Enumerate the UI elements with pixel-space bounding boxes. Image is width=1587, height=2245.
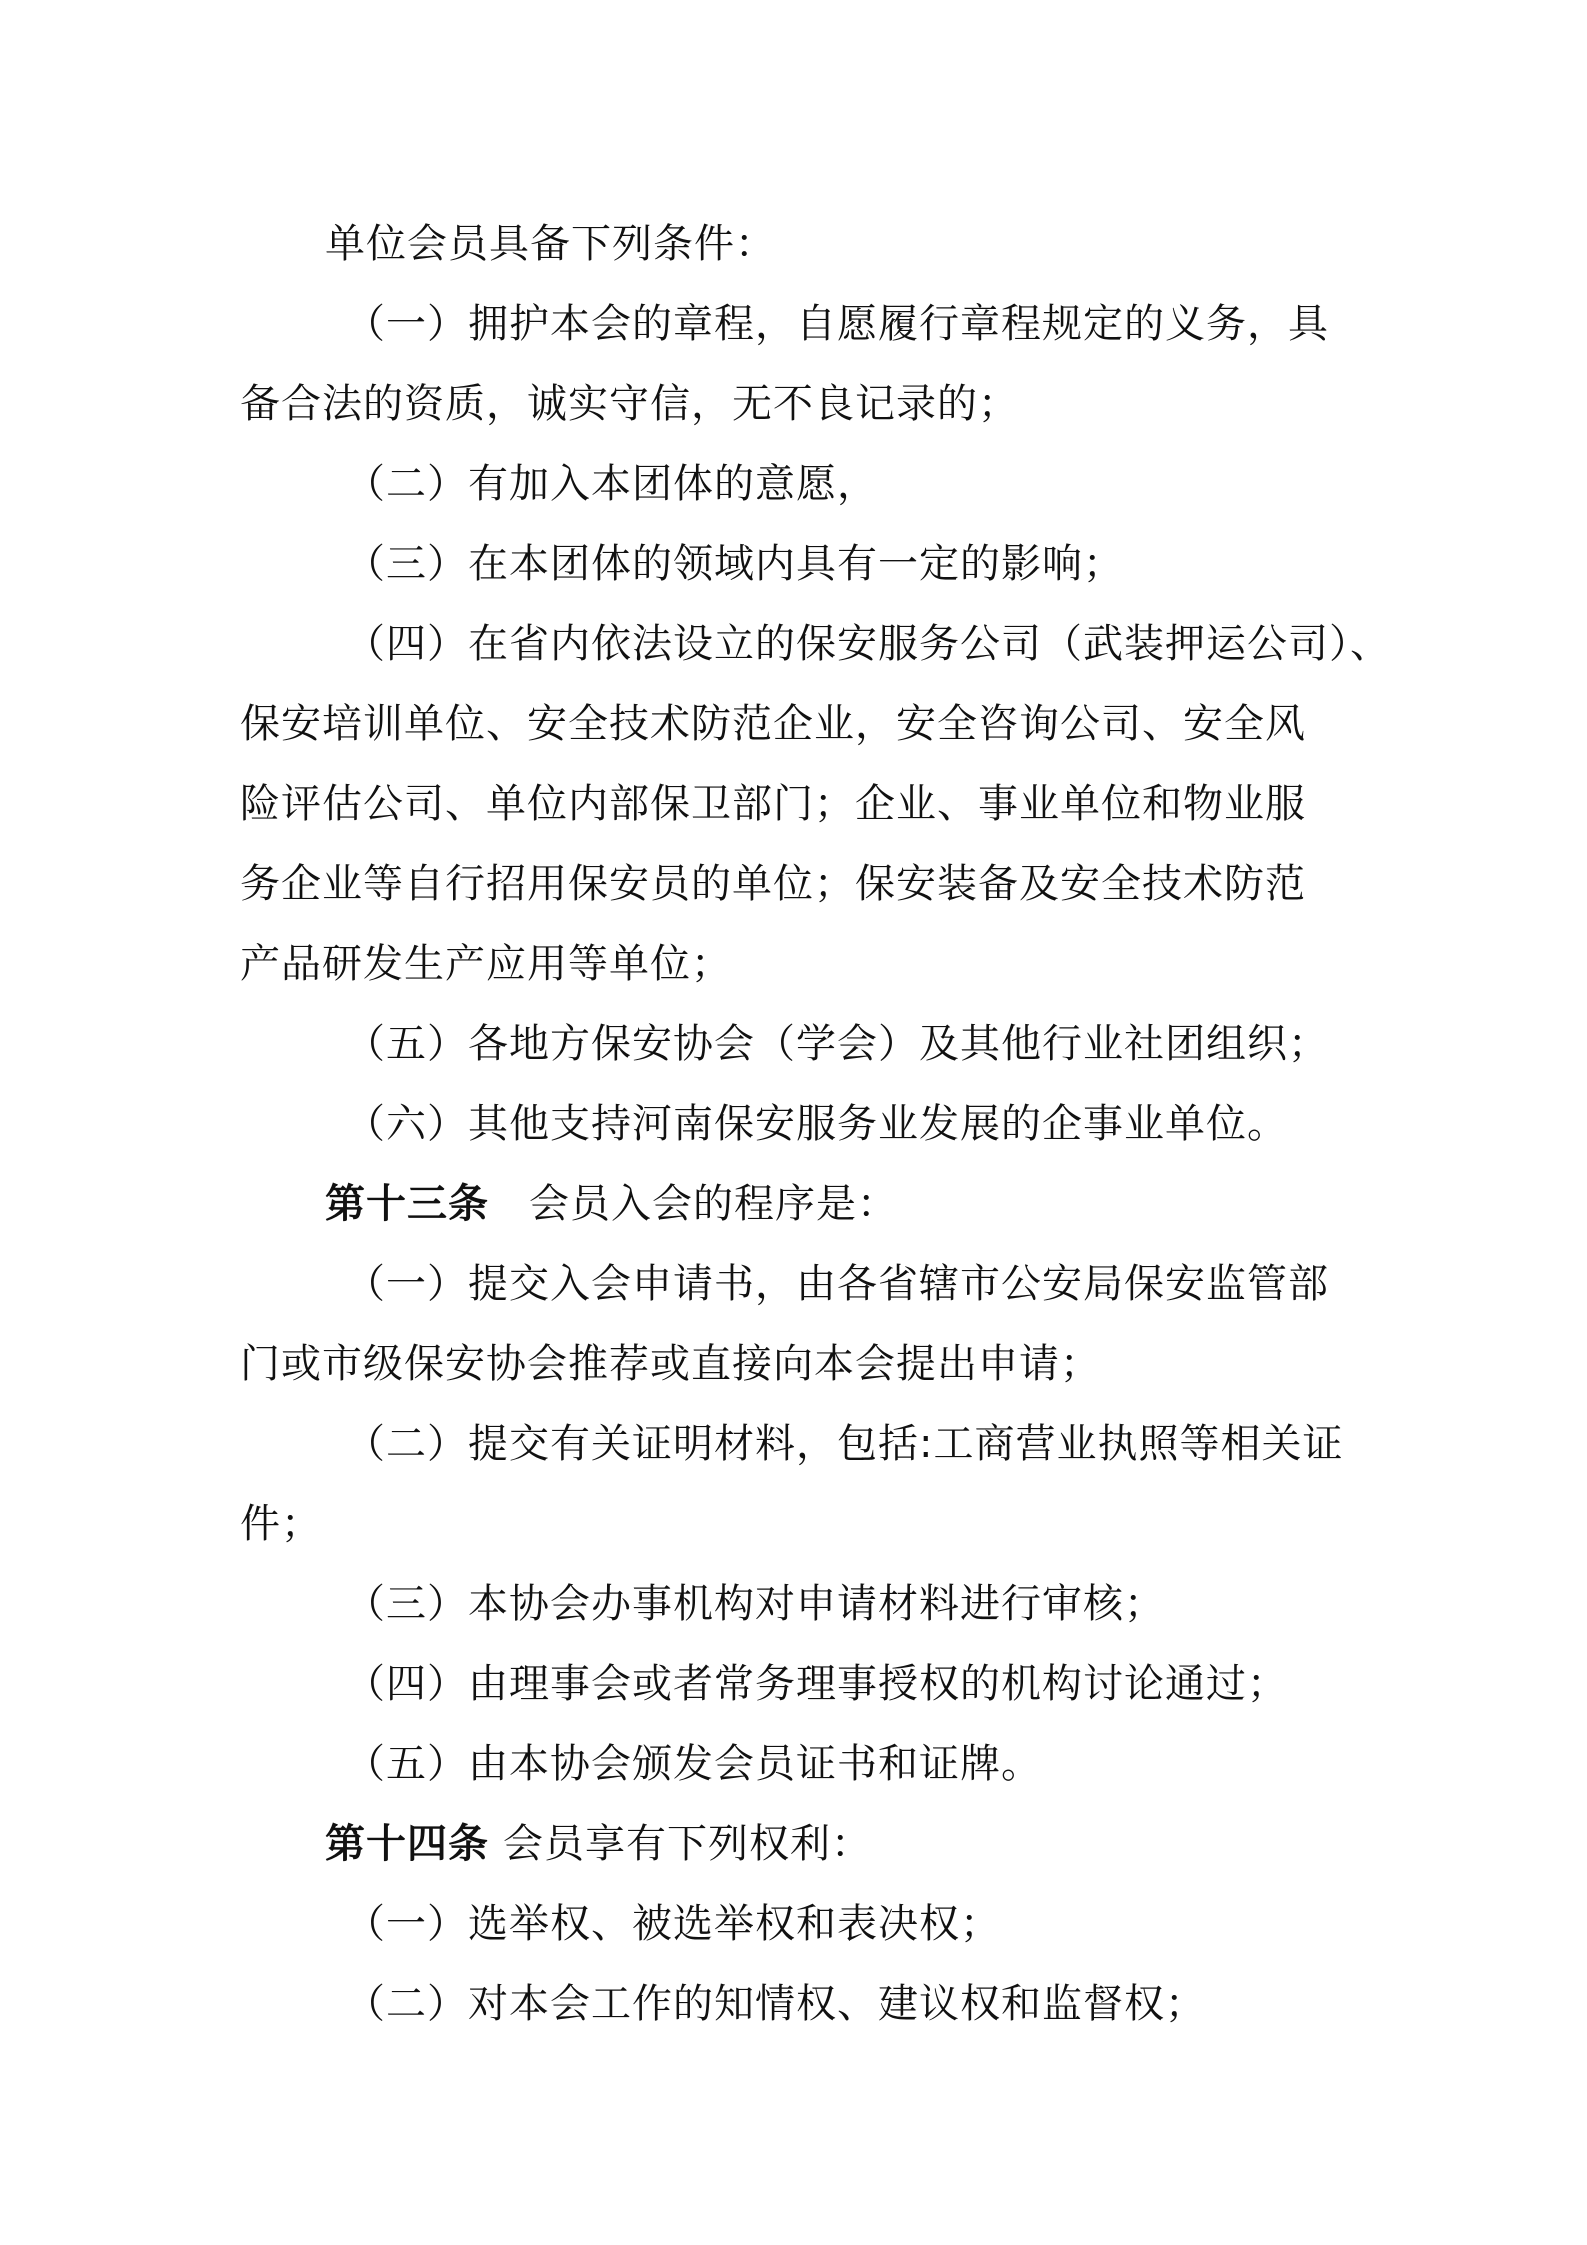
article-14-title: 会员享有下列权利： [503, 1821, 872, 1867]
article-13-title: 会员入会的程序是： [529, 1181, 898, 1227]
procedure-item-2-cont: 件； [240, 1500, 322, 1548]
article-14-heading-line: 第十四条会员享有下列权利： [325, 1820, 872, 1868]
procedure-item-2: （二）提交有关证明材料，包括:工商营业执照等相关证 [345, 1420, 1343, 1468]
article-13-number: 第十三条 [325, 1181, 489, 1227]
article-14-number: 第十四条 [325, 1821, 489, 1867]
condition-item-4: （四）在省内依法设立的保安服务公司（武装押运公司）、 [345, 620, 1391, 668]
condition-item-1-cont: 备合法的资质，诚实守信，无不良记录的； [240, 380, 1019, 428]
rights-item-2: （二）对本会工作的知情权、建议权和监督权； [345, 1980, 1206, 2028]
procedure-item-1-cont: 门或市级保安协会推荐或直接向本会提出申请； [240, 1340, 1101, 1388]
rights-item-1: （一）选举权、被选举权和表决权； [345, 1900, 1001, 1948]
condition-item-4-cont-2: 险评估公司、单位内部保卫部门；企业、事业单位和物业服 [240, 780, 1306, 828]
procedure-item-5: （五）由本协会颁发会员证书和证牌。 [345, 1740, 1042, 1788]
procedure-item-3: （三）本协会办事机构对申请材料进行审核； [345, 1580, 1165, 1628]
condition-item-1: （一）拥护本会的章程，自愿履行章程规定的义务，具 [345, 300, 1329, 348]
condition-item-3: （三）在本团体的领域内具有一定的影响； [345, 540, 1124, 588]
procedure-item-4: （四）由理事会或者常务理事授权的机构讨论通过； [345, 1660, 1288, 1708]
condition-item-4-cont-1: 保安培训单位、安全技术防范企业，安全咨询公司、安全风 [240, 700, 1306, 748]
condition-item-4-cont-4: 产品研发生产应用等单位； [240, 940, 732, 988]
procedure-item-1: （一）提交入会申请书，由各省辖市公安局保安监管部 [345, 1260, 1329, 1308]
document-page: 单位会员具备下列条件： （一）拥护本会的章程，自愿履行章程规定的义务，具 备合法… [0, 0, 1587, 2245]
condition-item-2: （二）有加入本团体的意愿， [345, 460, 878, 508]
condition-item-5: （五）各地方保安协会（学会）及其他行业社团组织； [345, 1020, 1329, 1068]
paragraph-unit-member-conditions: 单位会员具备下列条件： [325, 220, 776, 268]
article-13-heading-line: 第十三条会员入会的程序是： [325, 1180, 898, 1228]
condition-item-6: （六）其他支持河南保安服务业发展的企事业单位。 [345, 1100, 1288, 1148]
condition-item-4-cont-3: 务企业等自行招用保安员的单位；保安装备及安全技术防范 [240, 860, 1306, 908]
